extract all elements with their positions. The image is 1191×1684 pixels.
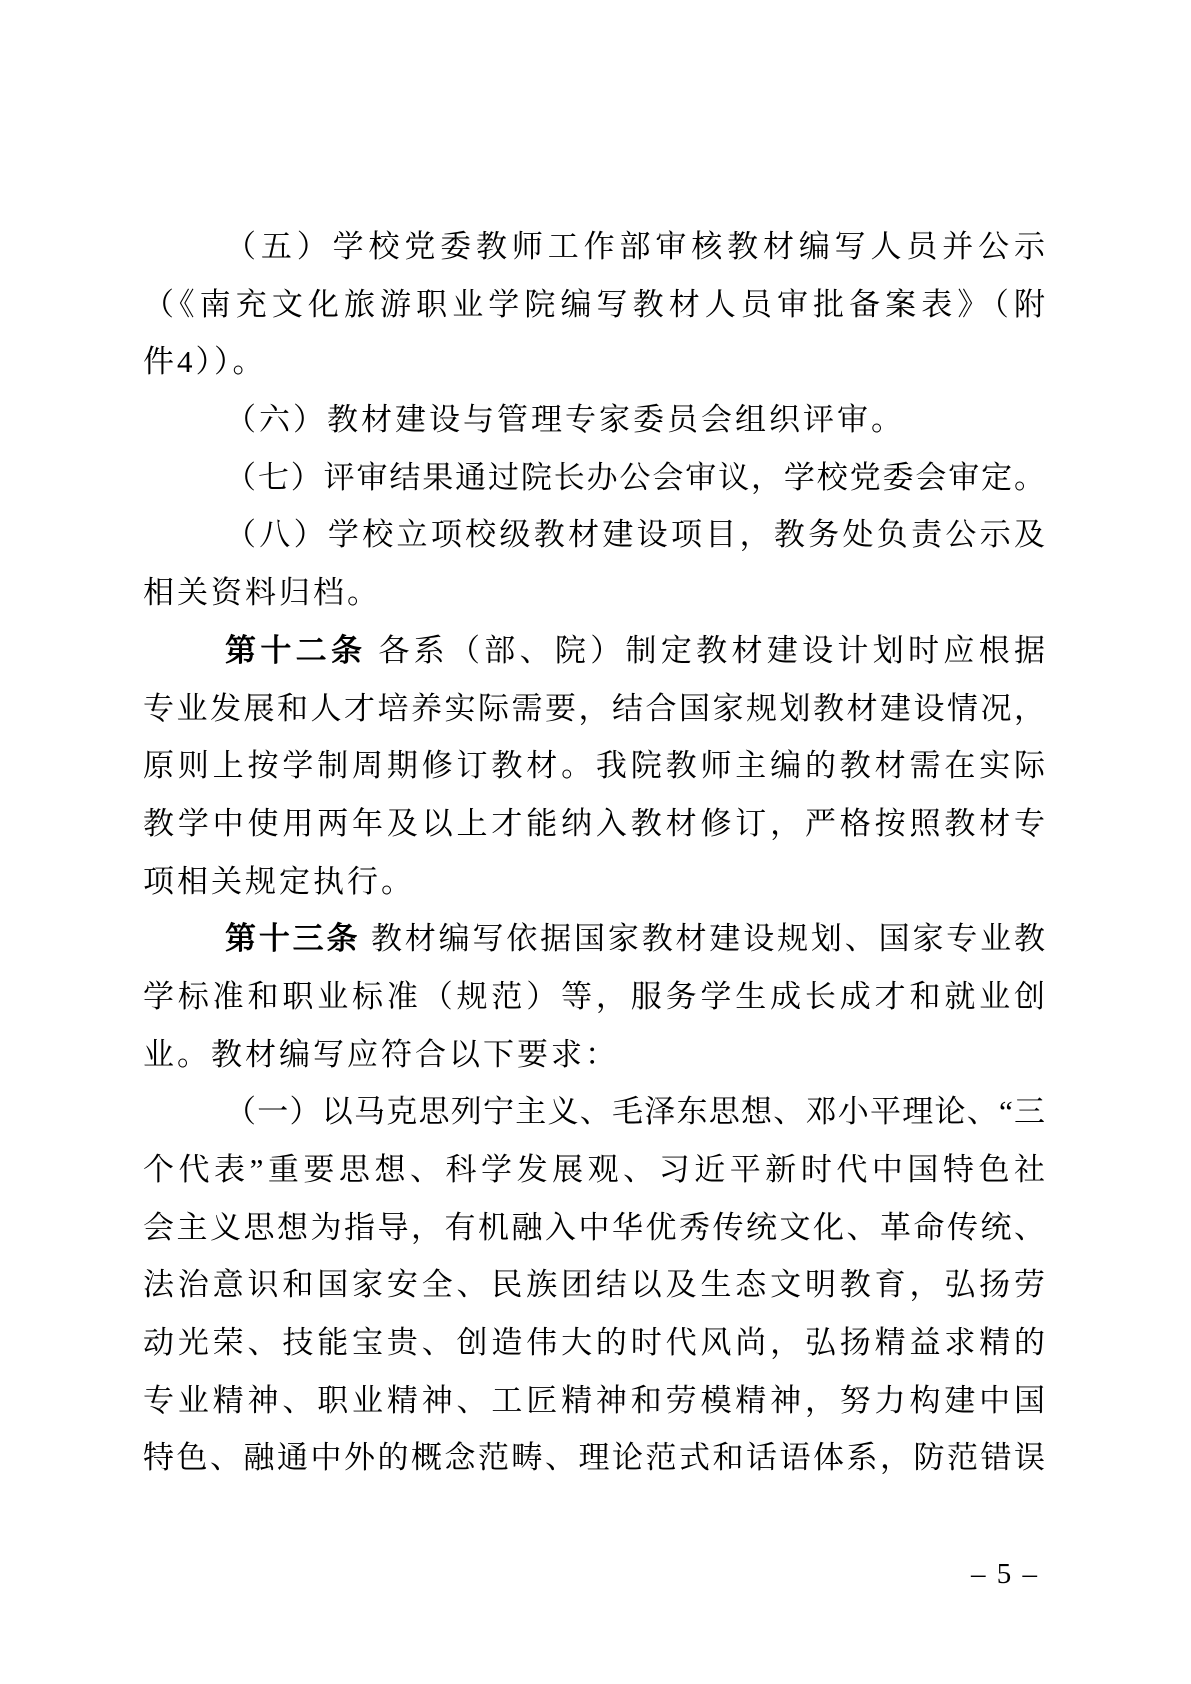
line-text: （《南充文化旅游职业学院编写教材人员审批备案表》（附 (143, 287, 1045, 322)
line-text: 个代表”重要思想、科学发展观、习近平新时代中国特色社 (143, 1152, 1045, 1187)
line-text: （七）评审结果通过院长办公会审议，学校党委会审定。 (225, 460, 1045, 495)
text-line: 业。教材编写应符合以下要求： (143, 1026, 1045, 1084)
line-text: 专业发展和人才培养实际需要，结合国家规划教材建设情况， (143, 691, 1045, 726)
bold-term: 第十三条 (225, 921, 360, 956)
text-line: 第十三条 教材编写依据国家教材建设规划、国家专业教 (143, 910, 1045, 968)
line-text: 法治意识和国家安全、民族团结以及生态文明教育，弘扬劳 (143, 1267, 1045, 1302)
text-line: （五）学校党委教师工作部审核教材编写人员并公示 (143, 218, 1045, 276)
line-text: （六）教材建设与管理专家委员会组织评审。 (225, 402, 905, 437)
document-body: （五）学校党委教师工作部审核教材编写人员并公示（《南充文化旅游职业学院编写教材人… (143, 218, 1045, 1487)
text-line: 法治意识和国家安全、民族团结以及生态文明教育，弘扬劳 (143, 1256, 1045, 1314)
line-text: 各系（部、院）制定教材建设计划时应根据 (366, 633, 1045, 668)
page: （五）学校党委教师工作部审核教材编写人员并公示（《南充文化旅游职业学院编写教材人… (0, 0, 1191, 1684)
line-text: 相关资料归档。 (143, 575, 381, 610)
line-text: 特色、融通中外的概念范畴、理论范式和话语体系，防范错误 (143, 1440, 1045, 1475)
text-line: 教学中使用两年及以上才能纳入教材修订，严格按照教材专 (143, 795, 1045, 853)
bold-term: 第十二条 (225, 633, 366, 668)
text-line: 动光荣、技能宝贵、创造伟大的时代风尚，弘扬精益求精的 (143, 1314, 1045, 1372)
text-line: （六）教材建设与管理专家委员会组织评审。 (143, 391, 1045, 449)
text-line: 专业发展和人才培养实际需要，结合国家规划教材建设情况， (143, 680, 1045, 738)
text-line: 会主义思想为指导，有机融入中华优秀传统文化、革命传统、 (143, 1199, 1045, 1257)
page-footer: – 5 – (971, 1558, 1039, 1591)
text-line: 件4））。 (143, 333, 1045, 391)
line-text: 教材编写依据国家教材建设规划、国家专业教 (360, 921, 1045, 956)
line-text: （一）以马克思列宁主义、毛泽东思想、邓小平理论、“三 (225, 1094, 1045, 1129)
text-line: （一）以马克思列宁主义、毛泽东思想、邓小平理论、“三 (143, 1083, 1045, 1141)
line-text: （五）学校党委教师工作部审核教材编写人员并公示 (225, 229, 1045, 264)
text-line: （《南充文化旅游职业学院编写教材人员审批备案表》（附 (143, 276, 1045, 334)
page-number: – 5 – (971, 1558, 1039, 1590)
text-line: 第十二条 各系（部、院）制定教材建设计划时应根据 (143, 622, 1045, 680)
text-line: 特色、融通中外的概念范畴、理论范式和话语体系，防范错误 (143, 1429, 1045, 1487)
text-line: 相关资料归档。 (143, 564, 1045, 622)
text-line: 专业精神、职业精神、工匠精神和劳模精神，努力构建中国 (143, 1372, 1045, 1430)
text-line: 个代表”重要思想、科学发展观、习近平新时代中国特色社 (143, 1141, 1045, 1199)
line-text: 动光荣、技能宝贵、创造伟大的时代风尚，弘扬精益求精的 (143, 1325, 1045, 1360)
text-line: （八）学校立项校级教材建设项目，教务处负责公示及 (143, 506, 1045, 564)
text-line: 原则上按学制周期修订教材。我院教师主编的教材需在实际 (143, 737, 1045, 795)
line-text: 专业精神、职业精神、工匠精神和劳模精神，努力构建中国 (143, 1383, 1045, 1418)
line-text: 会主义思想为指导，有机融入中华优秀传统文化、革命传统、 (143, 1210, 1045, 1245)
line-text: （八）学校立项校级教材建设项目，教务处负责公示及 (225, 517, 1045, 552)
line-text: 业。教材编写应符合以下要求： (143, 1037, 619, 1072)
line-text: 教学中使用两年及以上才能纳入教材修订，严格按照教材专 (143, 806, 1045, 841)
line-text: 原则上按学制周期修订教材。我院教师主编的教材需在实际 (143, 748, 1045, 783)
text-line: （七）评审结果通过院长办公会审议，学校党委会审定。 (143, 449, 1045, 507)
text-line: 项相关规定执行。 (143, 853, 1045, 911)
line-text: 学标准和职业标准（规范）等，服务学生成长成才和就业创 (143, 979, 1045, 1014)
line-text: 件4））。 (143, 344, 267, 379)
line-text: 项相关规定执行。 (143, 864, 415, 899)
text-line: 学标准和职业标准（规范）等，服务学生成长成才和就业创 (143, 968, 1045, 1026)
